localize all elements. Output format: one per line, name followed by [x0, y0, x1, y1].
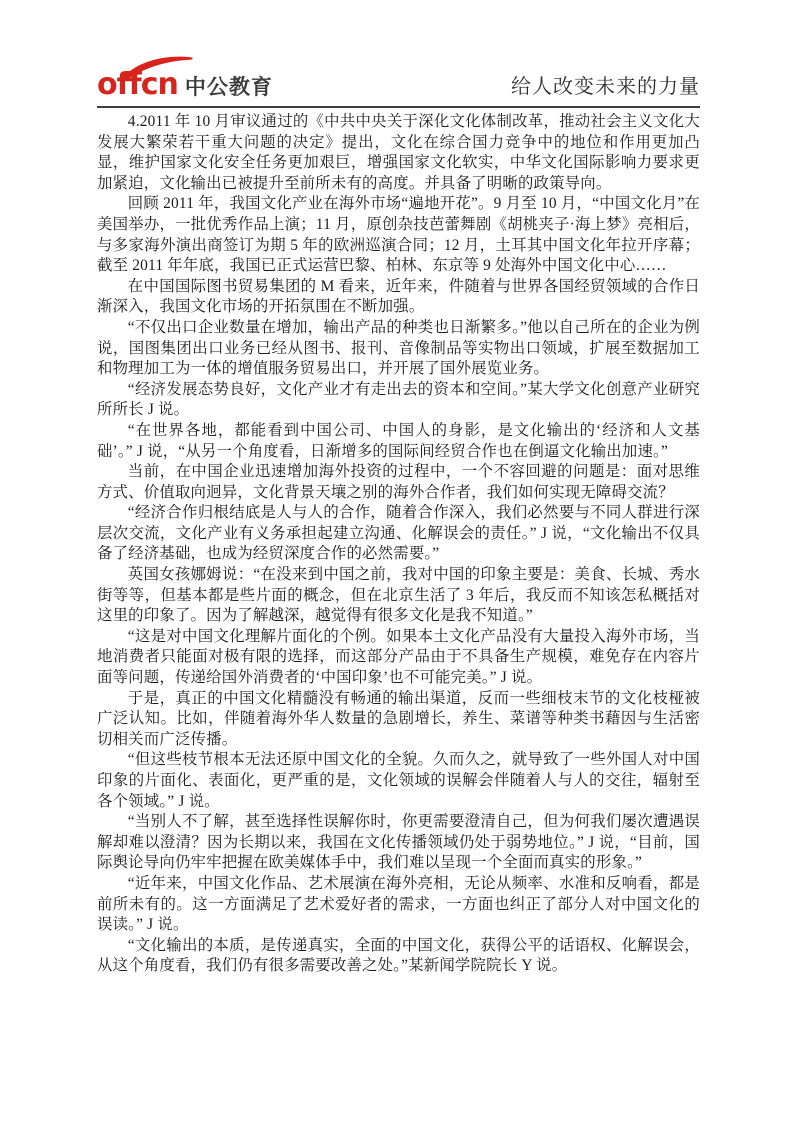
paragraph: 4.2011 年 10 月审议通过的《中共中央关于深化文化体制改革，推动社会主义…: [97, 112, 700, 194]
paragraph: “但这些枝节根本无法还原中国文化的全貌。久而久之，就导致了一些外国人对中国印象的…: [97, 750, 700, 812]
paragraph: 于是，真正的中国文化精髓没有畅通的输出渠道，反而一些细枝末节的文化枝桠被广泛认知…: [97, 689, 700, 751]
paragraph: “文化输出的本质，是传递真实，全面的中国文化，获得公平的话语权、化解误会，从这个…: [97, 936, 700, 977]
paragraph: 英国女孩娜姆说：“在没来到中国之前，我对中国的印象主要是：美食、长城、秀水街等等…: [97, 565, 700, 627]
paragraph: “在世界各地，都能看到中国公司、中国人的身影，是文化输出的‘经济和人文基础’。”…: [97, 421, 700, 462]
paragraph: “经济合作归根结底是人与人的合作，随着合作深入，我们必然要与不同人群进行深层次交…: [97, 503, 700, 565]
paragraph: “经济发展态势良好，文化产业才有走出去的资本和空间。”某大学文化创意产业研究所所…: [97, 380, 700, 421]
article-body: 4.2011 年 10 月审议通过的《中共中央关于深化文化体制改革，推动社会主义…: [97, 112, 700, 977]
logo-swoosh-icon: [123, 54, 195, 78]
paragraph: 在中国国际图书贸易集团的 M 看来，近年来，件随着与世界各国经贸领域的合作日渐深…: [97, 277, 700, 318]
paragraph: “不仅出口企业数量在增加，输出产品的种类也日渐繁多。”他以自己所在的企业为例说，…: [97, 318, 700, 380]
document-page: offcn 中公教育 给人改变未来的力量 4.2011 年 10 月审议通过的《…: [97, 56, 700, 977]
offcn-logo: offcn 中公教育: [97, 56, 273, 101]
logo-brand-text: 中公教育: [185, 71, 273, 101]
paragraph: 回顾 2011 年，我国文化产业在海外市场“遍地开花”。9 月至 10 月，“中…: [97, 194, 700, 276]
paragraph: “近年来，中国文化作品、艺术展演在海外亮相，无论从频率、水准和反响看，都是前所未…: [97, 874, 700, 936]
page-header: offcn 中公教育 给人改变未来的力量: [97, 56, 700, 108]
paragraph: “这是对中国文化理解片面化的个例。如果本土文化产品没有大量投入海外市场，当地消费…: [97, 627, 700, 689]
paragraph: 当前，在中国企业迅速增加海外投资的过程中，一个不容回避的问题是：面对思维方式、价…: [97, 462, 700, 503]
brand-tagline: 给人改变未来的力量: [511, 70, 700, 101]
paragraph: “当别人不了解，甚至选择性误解你时，你更需要澄清自己，但为何我们屡次遭遇误解却难…: [97, 812, 700, 874]
